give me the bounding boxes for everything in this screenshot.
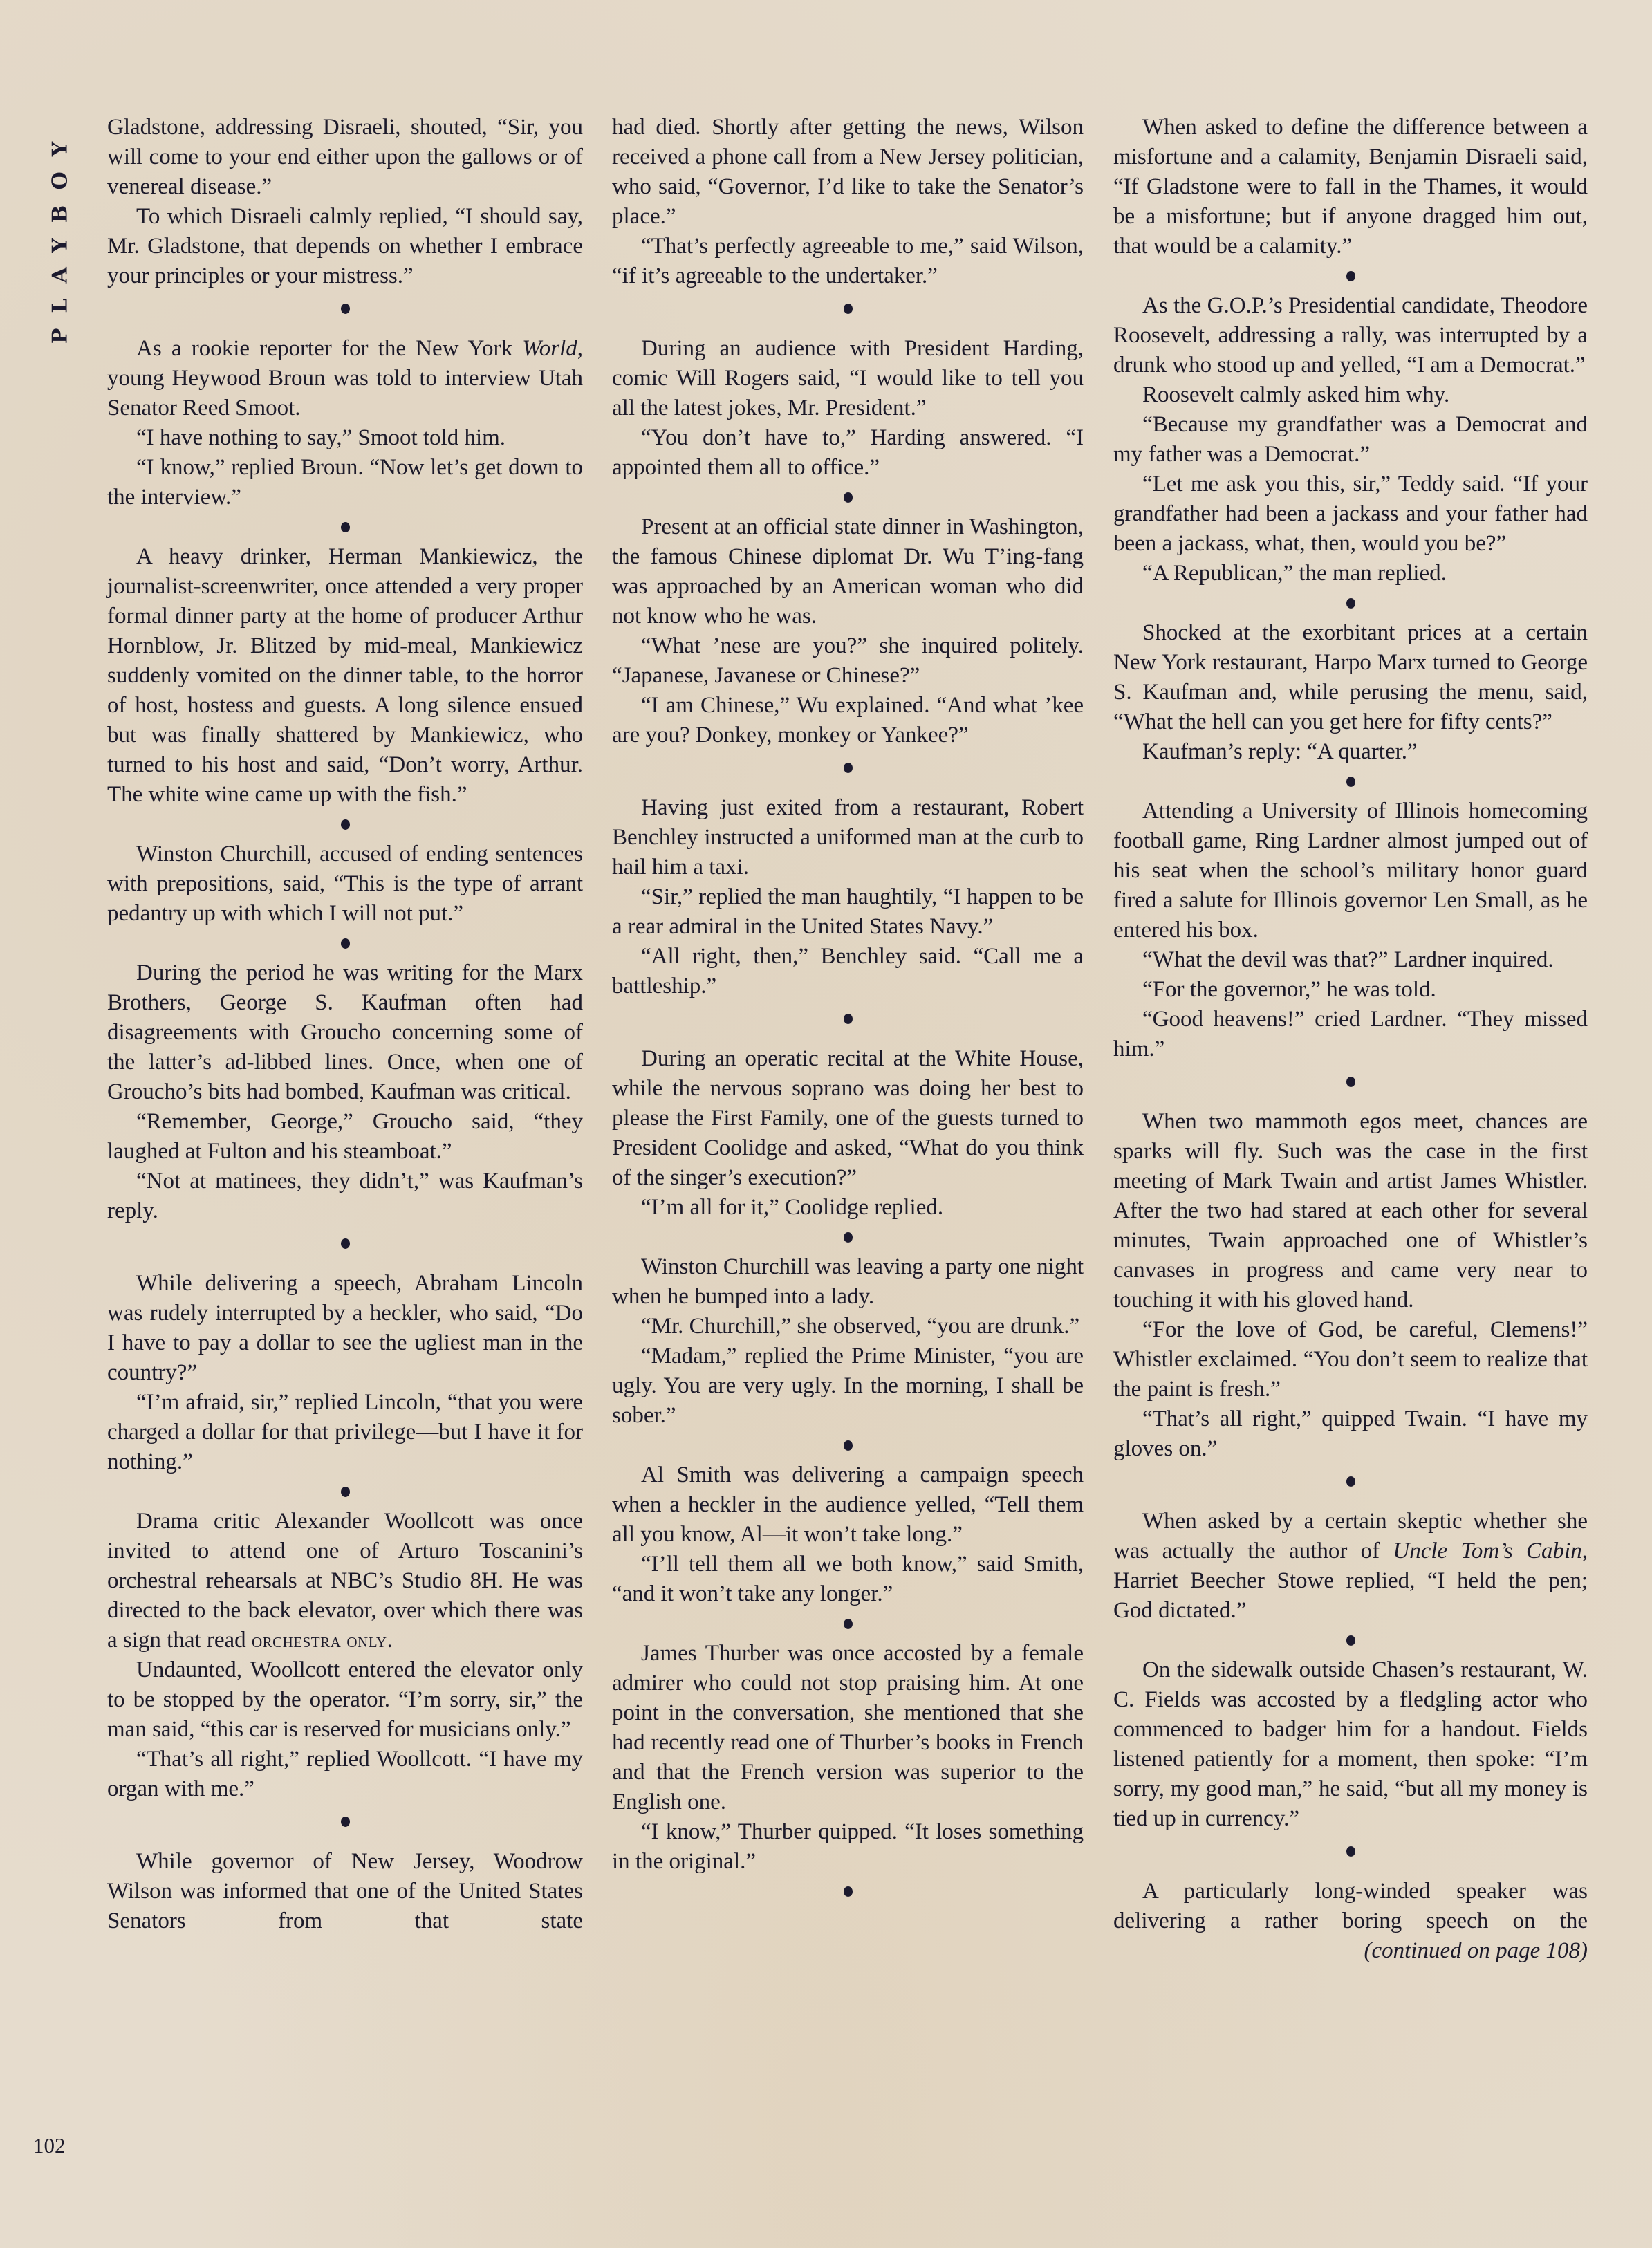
anecdote-paragraph: “For the governor,” he was told.: [1113, 975, 1588, 1005]
anecdote-paragraph: Winston Churchill, accused of ending sen…: [107, 839, 583, 929]
anecdote-paragraph: “You don’t have to,” Harding an­swered. …: [612, 423, 1084, 483]
anecdote-separator-bullet: [612, 1877, 1084, 1906]
anecdote-paragraph: When asked by a certain skeptic wheth­er…: [1113, 1507, 1588, 1626]
anecdote-separator-bullet: [612, 1609, 1084, 1639]
paragraph-text: “What the devil was that?” Lardner inqui…: [1142, 947, 1554, 972]
paragraph-text: When asked to define the difference betw…: [1113, 115, 1588, 259]
paragraph-text: On the sidewalk outside Chasen’s res­tau…: [1113, 1657, 1588, 1831]
paragraph-text: “Mr. Churchill,” she observed, “you are …: [641, 1314, 1079, 1339]
anecdote-paragraph: Gladstone, addressing Disraeli, shouted,…: [107, 113, 583, 202]
anecdote-paragraph: “I’m all for it,” Coolidge replied.: [612, 1193, 1084, 1223]
anecdote-separator-bullet: [612, 1431, 1084, 1460]
anecdote-separator-bullet: [107, 512, 583, 542]
paragraph-text: “Because my grandfather was a Demo­crat …: [1113, 412, 1588, 467]
anecdote-separator-bullet: [612, 291, 1084, 334]
anecdote-paragraph: During an audience with President Hardin…: [612, 334, 1084, 423]
anecdote-paragraph: “Mr. Churchill,” she observed, “you are …: [612, 1312, 1084, 1341]
paragraph-text: “I’m all for it,” Coolidge replied.: [641, 1195, 943, 1220]
column-right: When asked to define the difference betw…: [1113, 113, 1588, 1966]
anecdote-paragraph: Attending a University of Illinois home­…: [1113, 797, 1588, 945]
paragraph-text: “I’ll tell them all we both know,” said …: [612, 1552, 1084, 1606]
anecdote-paragraph: “That’s all right,” replied Woollcott. “…: [107, 1745, 583, 1804]
anecdote-separator-bullet: [107, 1804, 583, 1847]
italic-title-text: Uncle Tom’s Cabin: [1393, 1539, 1581, 1563]
anecdote-paragraph: Present at an official state dinner in W…: [612, 512, 1084, 631]
paragraph-text: A heavy drinker, Herman Mankiewicz, the …: [107, 544, 583, 807]
anecdote-paragraph: “Remember, George,” Groucho said, “they …: [107, 1107, 583, 1167]
paragraph-text: Winston Churchill, accused of ending sen…: [107, 842, 583, 926]
anecdote-paragraph: On the sidewalk outside Chasen’s res­tau…: [1113, 1655, 1588, 1834]
paragraph-text: Shocked at the exorbitant prices at a ce…: [1113, 620, 1588, 734]
anecdote-separator-bullet: [612, 1223, 1084, 1252]
anecdote-separator-bullet: [1113, 1464, 1588, 1507]
anecdote-paragraph: Drama critic Alexander Woollcott was onc…: [107, 1507, 583, 1655]
anecdote-paragraph: During the period he was writing for the…: [107, 958, 583, 1107]
paragraph-text: Roosevelt calmly asked him why.: [1142, 382, 1449, 407]
paragraph-text: “I have nothing to say,” Smoot told him.: [136, 425, 505, 450]
anecdote-paragraph: “Good heavens!” cried Lardner. “They mis…: [1113, 1005, 1588, 1064]
anecdote-separator-bullet: [1113, 1834, 1588, 1877]
column-middle: had died. Shortly after getting the news…: [612, 113, 1084, 1906]
paragraph-text: “What ’nese are you?” she inquired po­li…: [612, 633, 1084, 688]
anecdote-paragraph: “That’s perfectly agreeable to me,” said…: [612, 232, 1084, 291]
paragraph-text: While delivering a speech, Abraham Linco…: [107, 1271, 583, 1385]
anecdote-paragraph: “That’s all right,” quipped Twain. “I ha…: [1113, 1404, 1588, 1464]
anecdote-separator-bullet: [1113, 588, 1588, 618]
magazine-masthead-vertical: PLAYBOY: [43, 111, 77, 360]
anecdote-separator-bullet: [107, 1477, 583, 1507]
paragraph-text: “Not at matinees, they didn’t,” was Kauf…: [107, 1169, 583, 1223]
anecdote-paragraph: “Sir,” replied the man haughtily, “I hap…: [612, 882, 1084, 942]
anecdote-paragraph: A heavy drinker, Herman Mankiewicz, the …: [107, 542, 583, 810]
anecdote-paragraph: During an operatic recital at the White …: [612, 1044, 1084, 1193]
anecdote-paragraph: When two mammoth egos meet, chances are …: [1113, 1107, 1588, 1315]
paragraph-text: “That’s all right,” quipped Twain. “I ha…: [1113, 1406, 1588, 1461]
paragraph-text: As a rookie reporter for the New York: [136, 336, 522, 361]
paragraph-text: James Thurber was once accosted by a fem…: [612, 1641, 1084, 1814]
paragraph-text: “I know,” replied Broun. “Now let’s get …: [107, 455, 583, 510]
anecdote-paragraph: A particularly long-winded speaker was d…: [1113, 1877, 1588, 1936]
paragraph-text: Kaufman’s reply: “A quarter.”: [1142, 739, 1418, 764]
anecdote-paragraph: Kaufman’s reply: “A quarter.”: [1113, 737, 1588, 767]
paragraph-text: Gladstone, addressing Disraeli, shouted,…: [107, 115, 583, 199]
anecdote-paragraph: “I’ll tell them all we both know,” said …: [612, 1550, 1084, 1609]
anecdote-paragraph: Winston Churchill was leaving a party on…: [612, 1252, 1084, 1312]
anecdote-paragraph: “Madam,” replied the Prime Minister, “yo…: [612, 1341, 1084, 1431]
paragraph-text: “Good heavens!” cried Lardner. “They mis…: [1113, 1007, 1588, 1061]
anecdote-separator-bullet: [1113, 1064, 1588, 1107]
anecdote-paragraph: “Not at matinees, they didn’t,” was Kauf…: [107, 1167, 583, 1226]
paragraph-text: As the G.O.P.’s Presidential candidate, …: [1113, 293, 1588, 378]
paragraph-text: During an operatic recital at the White …: [612, 1046, 1084, 1190]
column-left: Gladstone, addressing Disraeli, shouted,…: [107, 113, 583, 1936]
anecdote-separator-bullet: [1113, 767, 1588, 797]
paragraph-text: “That’s perfectly agreeable to me,” said…: [612, 234, 1084, 288]
paragraph-text: “Remember, George,” Groucho said, “they …: [107, 1109, 583, 1164]
anecdote-paragraph: While governor of New Jersey, Wood­row W…: [107, 1847, 583, 1936]
page-number: 102: [33, 2132, 66, 2159]
sign-text-smallcaps: orchestra only: [252, 1628, 387, 1652]
anecdote-paragraph: “I am Chinese,” Wu explained. “And what …: [612, 691, 1084, 750]
paragraph-text: Present at an official state dinner in W…: [612, 514, 1084, 629]
anecdote-paragraph: Roosevelt calmly asked him why.: [1113, 380, 1588, 410]
anecdote-separator-bullet: [107, 1226, 583, 1269]
anecdote-separator-bullet: [612, 750, 1084, 793]
anecdote-paragraph: When asked to define the difference betw…: [1113, 113, 1588, 261]
anecdote-separator-bullet: [107, 810, 583, 839]
paragraph-text: “I am Chinese,” Wu explained. “And what …: [612, 693, 1084, 747]
anecdote-paragraph: “What the devil was that?” Lardner inqui…: [1113, 945, 1588, 975]
anecdote-paragraph: “All right, then,” Benchley said. “Call …: [612, 942, 1084, 1001]
anecdote-paragraph: Having just exited from a restaurant, Ro…: [612, 793, 1084, 882]
paragraph-text: “Sir,” replied the man haughtily, “I hap…: [612, 884, 1084, 939]
anecdote-separator-bullet: [1113, 261, 1588, 291]
anecdote-paragraph: “I know,” replied Broun. “Now let’s get …: [107, 453, 583, 512]
paragraph-text: During an audience with President Hardin…: [612, 336, 1084, 420]
anecdote-separator-bullet: [107, 291, 583, 334]
anecdote-separator-bullet: [612, 483, 1084, 512]
anecdote-paragraph: “I have nothing to say,” Smoot told him.: [107, 423, 583, 453]
anecdote-paragraph: “Let me ask you this, sir,” Teddy said. …: [1113, 470, 1588, 559]
paragraph-text: Al Smith was delivering a campaign speec…: [612, 1462, 1084, 1547]
anecdote-paragraph: To which Disraeli calmly replied, “I sho…: [107, 202, 583, 291]
anecdote-paragraph: “For the love of God, be careful, Clem­e…: [1113, 1315, 1588, 1404]
anecdote-paragraph: Shocked at the exorbitant prices at a ce…: [1113, 618, 1588, 737]
anecdote-paragraph: “Because my grandfather was a Demo­crat …: [1113, 410, 1588, 470]
paragraph-text: A particularly long-winded speaker was d…: [1113, 1879, 1588, 1933]
paragraph-text: To which Disraeli calmly replied, “I sho…: [107, 204, 583, 288]
paragraph-text: .: [387, 1628, 393, 1653]
anecdote-paragraph: had died. Shortly after getting the news…: [612, 113, 1084, 232]
paragraph-text: “I’m afraid, sir,” replied Lincoln, “tha…: [107, 1390, 583, 1474]
anecdote-paragraph: James Thurber was once accosted by a fem…: [612, 1639, 1084, 1817]
paragraph-text: “You don’t have to,” Harding an­swered. …: [612, 425, 1084, 480]
paragraph-text: had died. Shortly after getting the news…: [612, 115, 1084, 229]
paragraph-text: Winston Churchill was leaving a party on…: [612, 1254, 1084, 1309]
paragraph-text: “For the governor,” he was told.: [1142, 977, 1436, 1002]
paragraph-text: Attending a University of Illinois home­…: [1113, 799, 1588, 942]
anecdote-paragraph: “I’m afraid, sir,” replied Lincoln, “tha…: [107, 1388, 583, 1477]
anecdote-paragraph: Undaunted, Woollcott entered the ele­vat…: [107, 1655, 583, 1745]
anecdote-paragraph: “I know,” Thurber quipped. “It loses som…: [612, 1817, 1084, 1877]
paragraph-text: Having just exited from a restaurant, Ro…: [612, 795, 1084, 880]
masthead-text: PLAYBOY: [48, 127, 73, 344]
paragraph-text: “Madam,” replied the Prime Minister, “yo…: [612, 1344, 1084, 1428]
anecdote-paragraph: As a rookie reporter for the New York Wo…: [107, 334, 583, 423]
continued-on-page-note: (continued on page 108): [1113, 1936, 1588, 1966]
paragraph-text: “That’s all right,” replied Woollcott. “…: [107, 1747, 583, 1801]
anecdote-paragraph: “What ’nese are you?” she inquired po­li…: [612, 631, 1084, 691]
paragraph-text: “I know,” Thurber quipped. “It loses som…: [612, 1819, 1084, 1874]
paragraph-text: “All right, then,” Benchley said. “Call …: [612, 944, 1084, 998]
anecdote-paragraph: While delivering a speech, Abraham Linco…: [107, 1269, 583, 1388]
anecdote-separator-bullet: [107, 929, 583, 958]
paragraph-text: “Let me ask you this, sir,” Teddy said. …: [1113, 472, 1588, 556]
italic-title-text: World: [522, 336, 577, 361]
paragraph-text: “A Republican,” the man replied.: [1142, 561, 1447, 586]
anecdote-separator-bullet: [1113, 1626, 1588, 1655]
paragraph-text: When two mammoth egos meet, chances are …: [1113, 1109, 1588, 1312]
paragraph-text: During the period he was writing for the…: [107, 960, 583, 1104]
paragraph-text: Undaunted, Woollcott entered the ele­vat…: [107, 1657, 583, 1742]
paragraph-text: “For the love of God, be careful, Clem­e…: [1113, 1317, 1588, 1402]
anecdote-paragraph: Al Smith was delivering a campaign speec…: [612, 1460, 1084, 1550]
paragraph-text: While governor of New Jersey, Wood­row W…: [107, 1849, 583, 1933]
anecdote-separator-bullet: [612, 1001, 1084, 1044]
anecdote-paragraph: As the G.O.P.’s Presidential candidate, …: [1113, 291, 1588, 380]
anecdote-paragraph: “A Republican,” the man replied.: [1113, 559, 1588, 588]
